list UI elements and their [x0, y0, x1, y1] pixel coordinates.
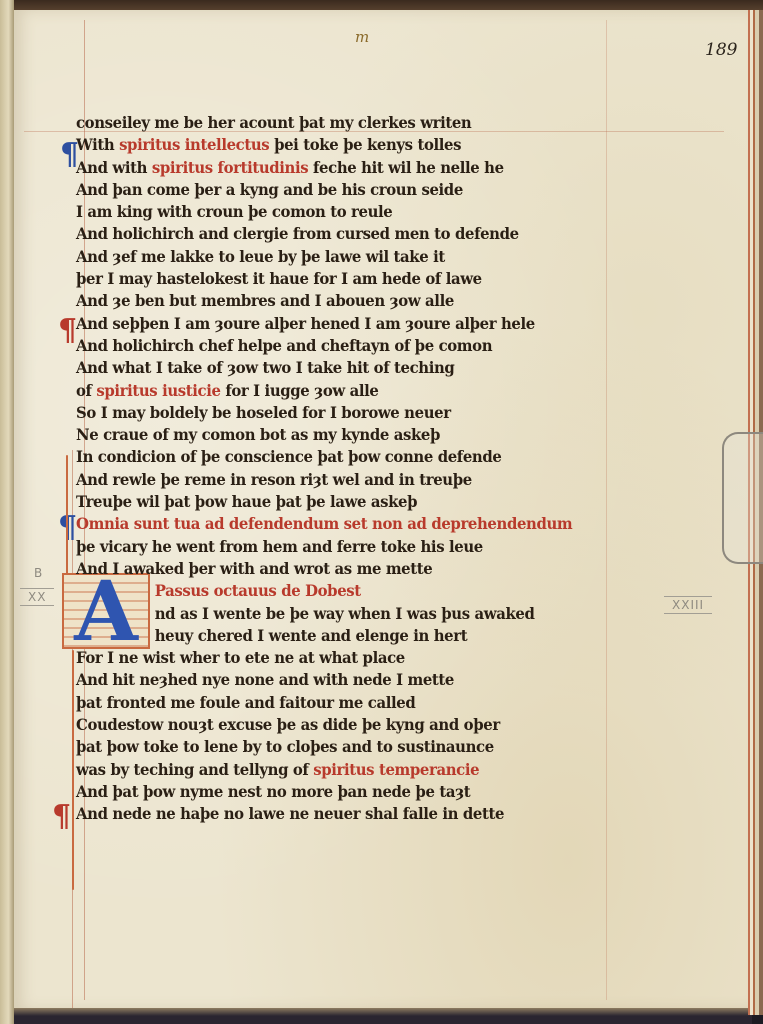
- line-text: And þat þow nyme nest no more þan nede þ…: [76, 782, 470, 801]
- line-text: With: [76, 135, 119, 154]
- rubric-text: spiritus fortitudinis: [152, 158, 308, 177]
- line-text: And I awaked þer with and wrot as me met…: [76, 559, 432, 578]
- text-line: And hit neȝhed nye none and with nede I …: [76, 669, 652, 691]
- text-line: was by teching and tellyng of spiritus t…: [76, 759, 652, 781]
- text-line: So I may boldely be hoseled for I borowe…: [76, 402, 652, 424]
- line-text: conseiley me be her acount þat my clerke…: [76, 113, 471, 132]
- text-line: nd as I wente be þe way when I was þus a…: [76, 603, 652, 625]
- penwork-flourish: [72, 650, 74, 890]
- book-bottom-edge: [14, 1008, 752, 1024]
- folio-number: 189: [705, 40, 737, 60]
- line-text: Treuþe wil þat þow haue þat þe lawe aske…: [76, 492, 417, 511]
- line-text: of: [76, 381, 96, 400]
- line-text: And ȝef me lakke to leue by þe lawe wil …: [76, 247, 445, 266]
- line-text: And with: [76, 158, 152, 177]
- rubric-text: spiritus intellectus: [119, 135, 269, 154]
- rubric-text: spiritus temperancie: [313, 760, 479, 779]
- passus-heading: Passus octauus de Dobest: [76, 580, 652, 602]
- rubric-text: spiritus iusticie: [96, 381, 220, 400]
- paragraph-mark-icon: ¶: [52, 802, 71, 832]
- text-line: For I ne wist wher to ete ne at what pla…: [76, 647, 652, 669]
- text-line: þe vicary he went from hem and ferre tok…: [76, 536, 652, 558]
- text-line: þat þow toke to lene by to cloþes and to…: [76, 736, 652, 758]
- text-line: I am king with croun þe comon to reule: [76, 201, 652, 223]
- line-text: In condicion of þe conscience þat þow co…: [76, 447, 501, 466]
- text-line: þat fronted me foule and faitour me call…: [76, 692, 652, 714]
- rubric-line: Omnia sunt tua ad defendendum set non ad…: [76, 513, 652, 535]
- line-text: And hit neȝhed nye none and with nede I …: [76, 670, 454, 689]
- line-text: And ȝe ben but membres and I abouen ȝow …: [76, 291, 454, 310]
- text-line: And þan come þer a kyng and be his croun…: [76, 179, 652, 201]
- text-line: And seþþen I am ȝoure alþer hened I am ȝ…: [76, 313, 652, 335]
- text-line: And ȝe ben but membres and I abouen ȝow …: [76, 290, 652, 312]
- text-line: In condicion of þe conscience þat þow co…: [76, 446, 652, 468]
- line-text: feche hit wil he nelle he: [308, 158, 503, 177]
- line-text: Coudestow nouȝt excuse þe as dide þe kyn…: [76, 715, 500, 734]
- margin-note-letter: B: [34, 566, 43, 580]
- text-line: þer I may hastelokest it haue for I am h…: [76, 268, 652, 290]
- text-line: of spiritus iusticie for I iugge ȝow all…: [76, 380, 652, 402]
- text-line: heuy chered I wente and elenge in hert: [76, 625, 652, 647]
- line-text: And seþþen I am ȝoure alþer hened I am ȝ…: [76, 314, 535, 333]
- line-text: So I may boldely be hoseled for I borowe…: [76, 403, 451, 422]
- folio-signature: m: [355, 28, 369, 46]
- penwork-flourish: [66, 455, 68, 575]
- text-line: With spiritus intellectus þei toke þe ke…: [76, 134, 652, 156]
- line-text: And nede ne haþe no lawe ne neuer shal f…: [76, 804, 504, 823]
- line-text: And þan come þer a kyng and be his croun…: [76, 180, 463, 199]
- line-text: was by teching and tellyng of: [76, 760, 313, 779]
- line-text: þat fronted me foule and faitour me call…: [76, 693, 415, 712]
- text-line: And holichirch and clergie from cursed m…: [76, 223, 652, 245]
- line-text: And what I take of ȝow two I take hit of…: [76, 358, 454, 377]
- text-line: Treuþe wil þat þow haue þat þe lawe aske…: [76, 491, 652, 513]
- line-text: þer I may hastelokest it haue for I am h…: [76, 269, 482, 288]
- line-text: þei toke þe kenys tolles: [269, 135, 461, 154]
- text-line: And with spiritus fortitudinis feche hit…: [76, 157, 652, 179]
- text-block: conseiley me be her acount þat my clerke…: [76, 112, 676, 826]
- text-line: conseiley me be her acount þat my clerke…: [76, 112, 652, 134]
- line-text: And holichirch and clergie from cursed m…: [76, 224, 519, 243]
- text-line: And rewle þe reme in reson riȝt wel and …: [76, 469, 652, 491]
- text-line: Ne craue of my comon bot as my kynde ask…: [76, 424, 652, 446]
- line-text: for I iugge ȝow alle: [221, 381, 379, 400]
- text-line: And ȝef me lakke to leue by þe lawe wil …: [76, 246, 652, 268]
- line-text: þe vicary he went from hem and ferre tok…: [76, 537, 483, 556]
- line-text: For I ne wist wher to ete ne at what pla…: [76, 648, 405, 667]
- line-text: I am king with croun þe comon to reule: [76, 202, 392, 221]
- line-text: And rewle þe reme in reson riȝt wel and …: [76, 470, 472, 489]
- text-line: And nede ne haþe no lawe ne neuer shal f…: [76, 803, 652, 825]
- margin-note-quire: XX: [20, 588, 54, 606]
- line-text: þat þow toke to lene by to cloþes and to…: [76, 737, 494, 756]
- line-text: Ne craue of my comon bot as my kynde ask…: [76, 425, 440, 444]
- rubric-text: Passus octauus de Dobest: [155, 581, 361, 600]
- text-line: Coudestow nouȝt excuse þe as dide þe kyn…: [76, 714, 652, 736]
- line-text: And holichirch chef helpe and cheftayn o…: [76, 336, 492, 355]
- line-text: heuy chered I wente and elenge in hert: [155, 626, 467, 645]
- book-gutter-leaves: [0, 0, 14, 1024]
- text-line: And þat þow nyme nest no more þan nede þ…: [76, 781, 652, 803]
- paragraph-mark-icon: ¶: [58, 316, 77, 346]
- line-text: nd as I wente be þe way when I was þus a…: [155, 604, 535, 623]
- text-line: And holichirch chef helpe and cheftayn o…: [76, 335, 652, 357]
- text-line: And what I take of ȝow two I take hit of…: [76, 357, 652, 379]
- page-clip-tab: [722, 432, 763, 564]
- text-line: And I awaked þer with and wrot as me met…: [76, 558, 652, 580]
- rubric-text: Omnia sunt tua ad defendendum set non ad…: [76, 514, 572, 533]
